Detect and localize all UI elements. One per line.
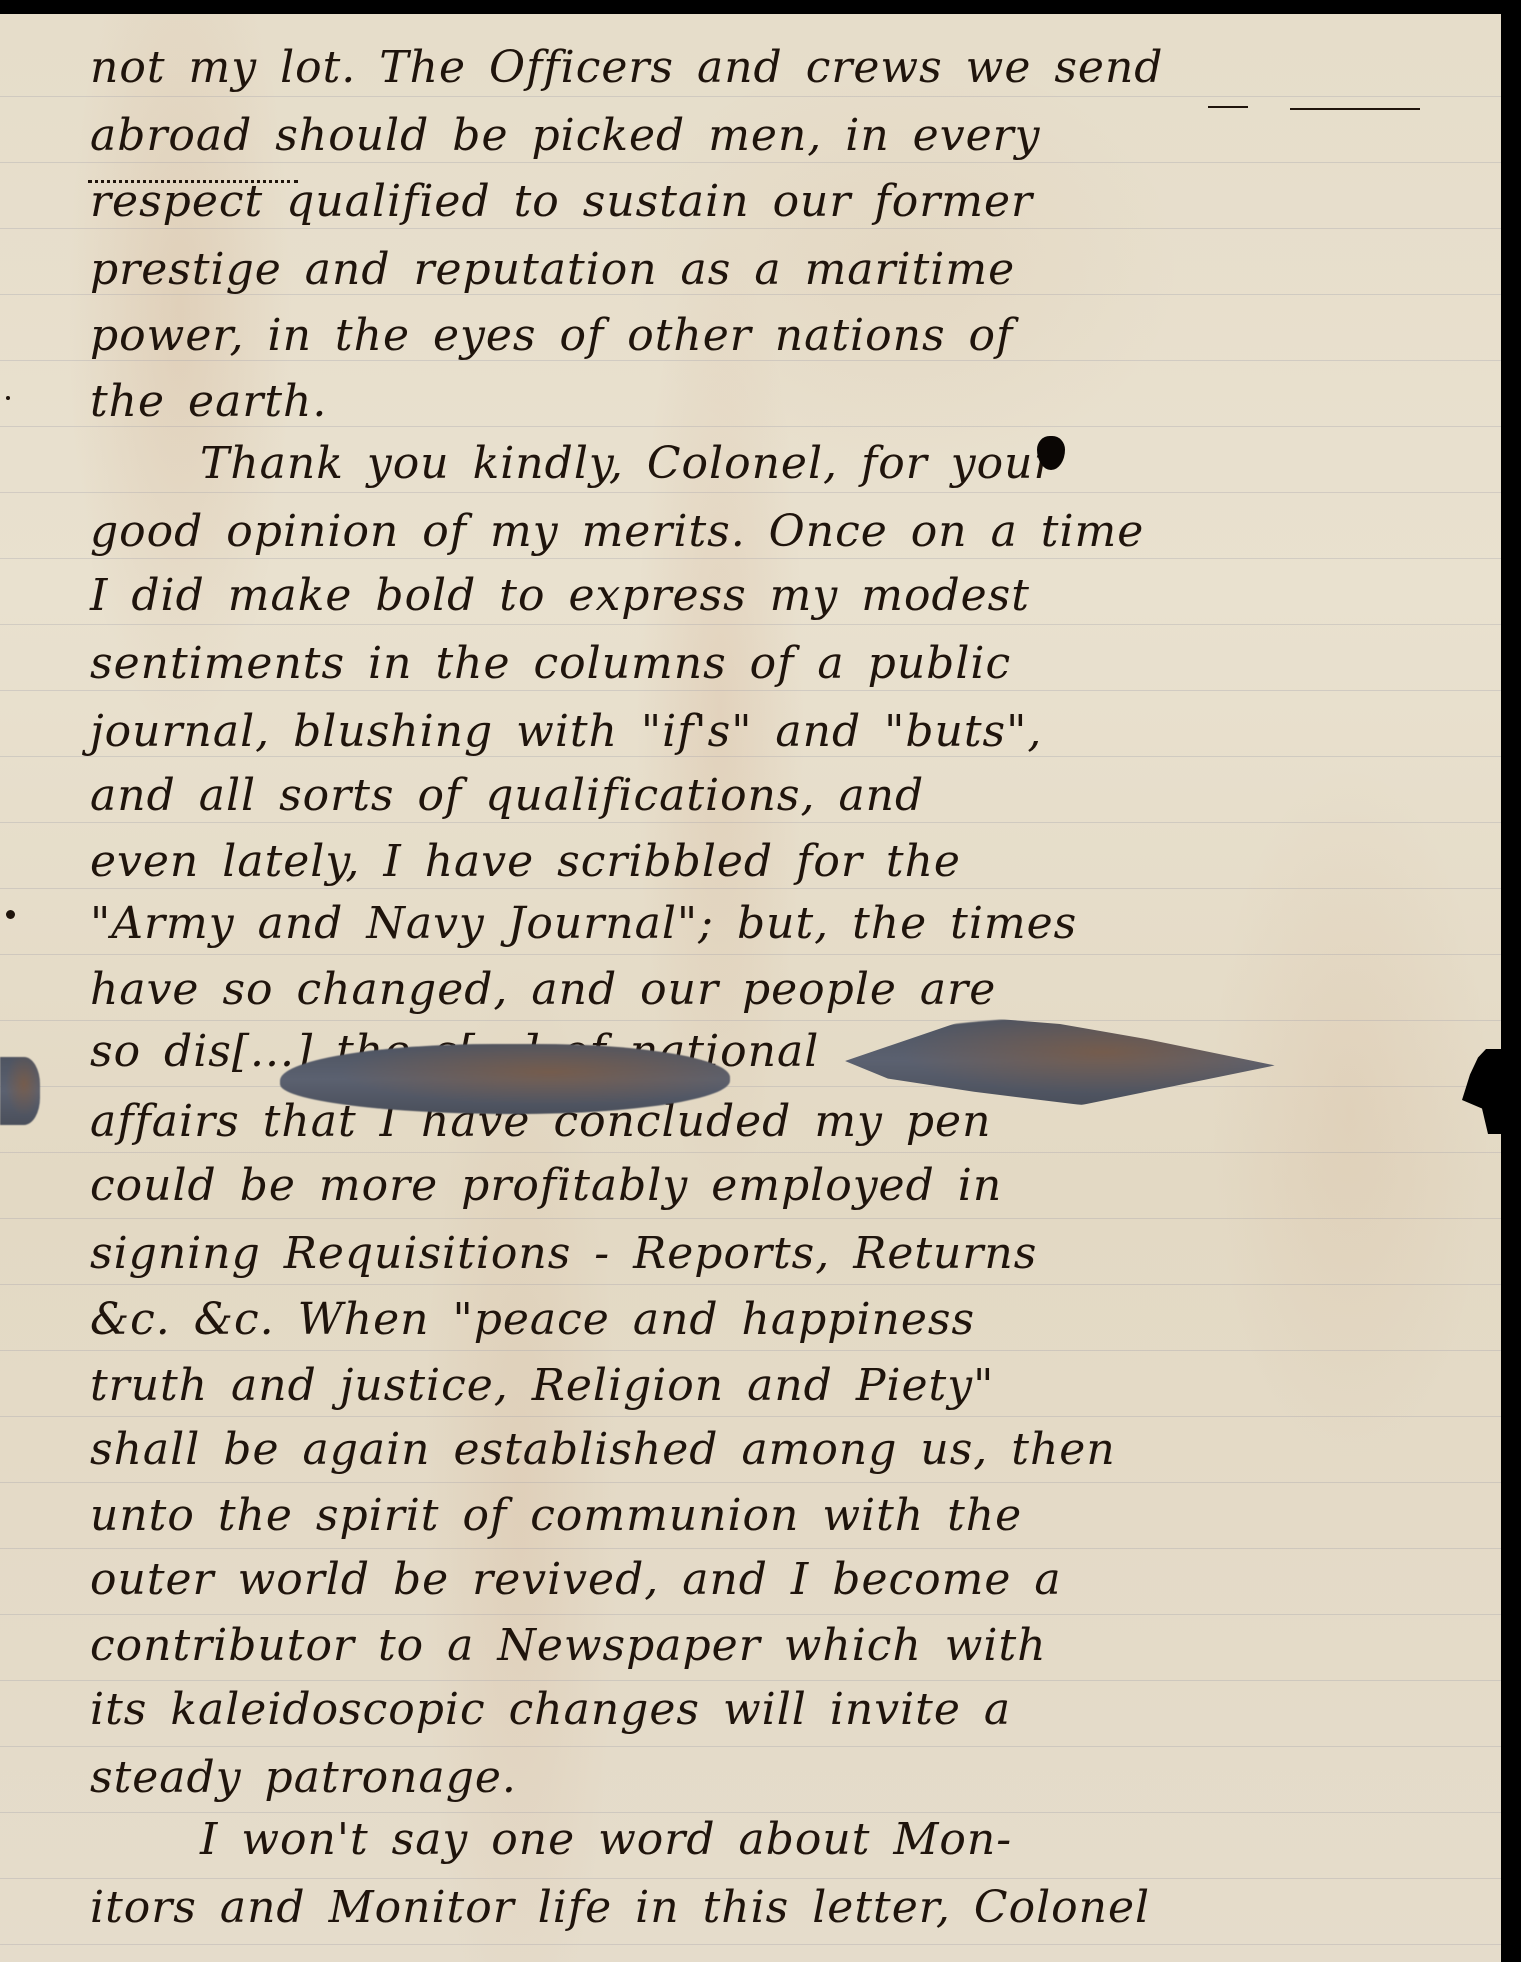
text-line: sentiments in the columns of a public	[90, 638, 1461, 690]
underline-mark	[1290, 108, 1420, 110]
text-line: "Army and Navy Journal"; but, the times	[90, 898, 1461, 950]
text-line: shall be again established among us, the…	[90, 1424, 1461, 1476]
paragraph-start: Thank you kindly, Colonel, for your	[200, 438, 1461, 490]
ruled-line	[0, 1086, 1501, 1087]
ruled-line	[0, 96, 1501, 97]
margin-dot	[6, 396, 10, 400]
ruled-line	[0, 1284, 1501, 1285]
text-line: affairs that I have concluded my pen	[90, 1096, 1461, 1148]
text-line: itors and Monitor life in this letter, C…	[90, 1882, 1461, 1934]
ruled-line	[0, 624, 1501, 625]
text-line: signing Requisitions - Reports, Returns	[90, 1228, 1461, 1280]
ruled-line	[0, 690, 1501, 691]
text-line: truth and justice, Religion and Piety"	[90, 1360, 1461, 1412]
underline-mark	[1208, 106, 1248, 108]
text-line: &c. &c. When "peace and happiness	[90, 1294, 1461, 1346]
ruled-line	[0, 1614, 1501, 1615]
ruled-line	[0, 558, 1501, 559]
ruled-line	[0, 822, 1501, 823]
text-line: unto the spirit of communion with the	[90, 1490, 1461, 1542]
ruled-line	[0, 1416, 1501, 1417]
text-line: have so changed, and our people are	[90, 964, 1461, 1016]
ruled-line	[0, 1878, 1501, 1879]
text-line: outer world be revived, and I become a	[90, 1554, 1461, 1606]
wavy-underline-mark	[88, 172, 298, 183]
ruled-line	[0, 1152, 1501, 1153]
text-line: abroad should be picked men, in every	[90, 110, 1461, 162]
ruled-line	[0, 1680, 1501, 1681]
paragraph-start: I won't say one word about Mon-	[200, 1814, 1461, 1866]
text-line: even lately, I have scribbled for the	[90, 836, 1461, 888]
text-line: the earth.	[90, 376, 1461, 428]
ruled-line	[0, 1020, 1501, 1021]
torn-edge	[1462, 1049, 1501, 1134]
text-line: its kaleidoscopic changes will invite a	[90, 1684, 1461, 1736]
margin-dot	[6, 910, 15, 919]
text-line: power, in the eyes of other nations of	[90, 310, 1461, 362]
ruled-line	[0, 1746, 1501, 1747]
ruled-line	[0, 1350, 1501, 1351]
ruled-line	[0, 1812, 1501, 1813]
ruled-line	[0, 888, 1501, 889]
text-line: not my lot. The Officers and crews we se…	[90, 42, 1461, 94]
ruled-line	[0, 228, 1501, 229]
text-line: I did make bold to express my modest	[90, 570, 1461, 622]
tear-damage	[0, 1057, 40, 1125]
text-line: good opinion of my merits. Once on a tim…	[90, 506, 1461, 558]
text-line: prestige and reputation as a maritime	[90, 244, 1461, 296]
letter-page: not my lot. The Officers and crews we se…	[0, 14, 1501, 1962]
text-line: contributor to a Newspaper which with	[90, 1620, 1461, 1672]
ruled-line	[0, 492, 1501, 493]
ruled-line	[0, 1218, 1501, 1219]
ruled-line	[0, 954, 1501, 955]
ruled-line	[0, 1548, 1501, 1549]
text-line: could be more profitably employed in	[90, 1160, 1461, 1212]
ruled-line	[0, 162, 1501, 163]
text-line: steady patronage.	[90, 1752, 1461, 1804]
text-line: respect qualified to sustain our former	[90, 176, 1461, 228]
text-line: journal, blushing with "if's" and "buts"…	[90, 706, 1461, 758]
text-line: and all sorts of qualifications, and	[90, 770, 1461, 822]
ruled-line	[0, 1482, 1501, 1483]
tear-damage	[280, 1044, 730, 1114]
ruled-line	[0, 1944, 1501, 1945]
